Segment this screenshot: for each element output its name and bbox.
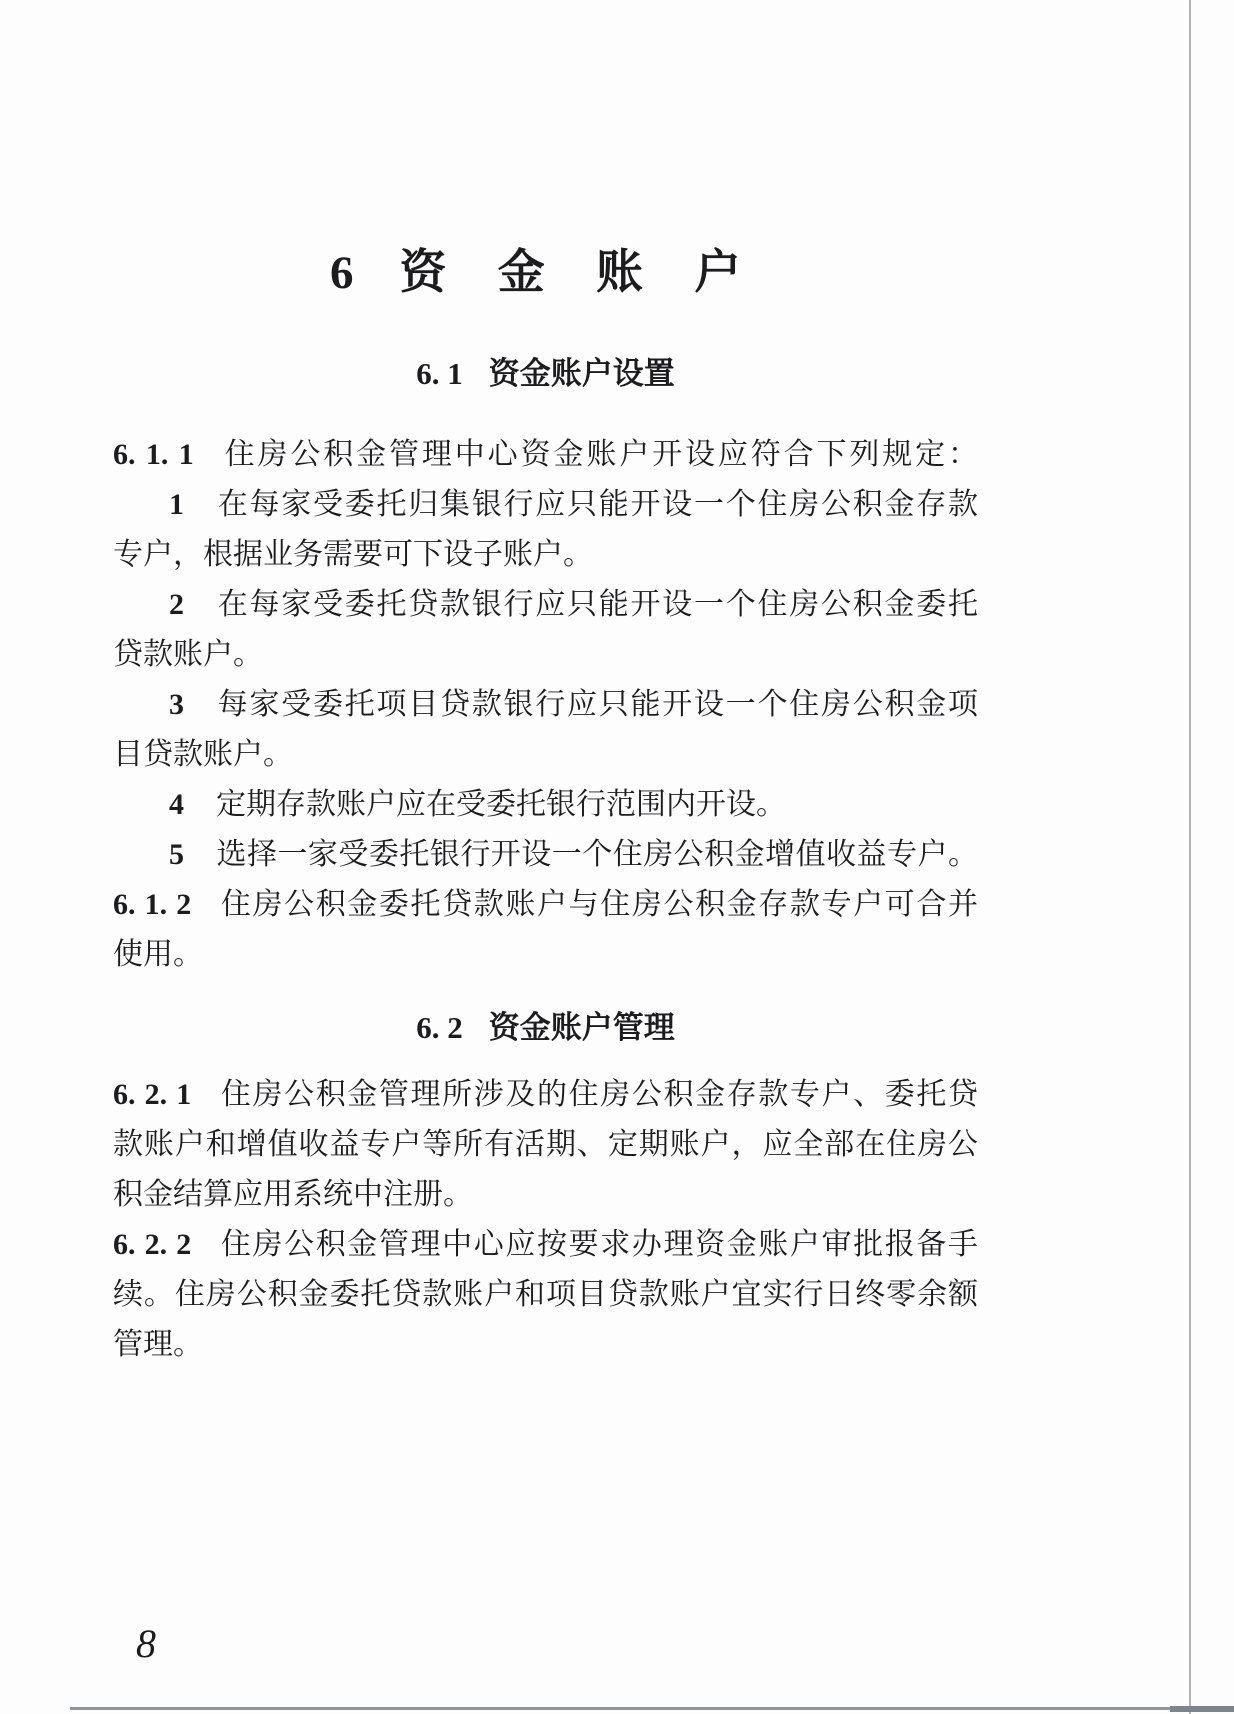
continuation-line: 积金结算应用系统中注册。 [113, 1170, 978, 1220]
line-text: 住房公积金管理中心资金账户开设应符合下列规定： [222, 438, 978, 471]
line-text: 住房公积金管理中心应按要求办理资金账户审批报备手 [219, 1228, 978, 1261]
section-title: 资金账户管理 [489, 1010, 675, 1045]
scan-corner-mark [1170, 1706, 1234, 1712]
line-text: 专户，根据业务需要可下设子账户。 [113, 538, 593, 571]
continuation-line: 款账户和增值收益专户等所有活期、定期账户，应全部在住房公 [113, 1120, 978, 1170]
continuation-line: 使用。 [113, 930, 978, 980]
section-heading-6-2: 6. 2资金账户管理 [113, 1006, 978, 1050]
document-page: 6资 金 账 户 6. 1资金账户设置 6. 1. 1住房公积金管理中心资金账户… [0, 0, 1234, 1714]
section-title: 资金账户设置 [489, 356, 675, 391]
line-text: 选择一家受委托银行开设一个住房公积金增值收益专户。 [216, 838, 978, 871]
section-6-2-body: 6. 2. 1住房公积金管理所涉及的住房公积金存款专户、委托贷 款账户和增值收益… [113, 1070, 978, 1370]
clause-line: 6. 2. 2住房公积金管理中心应按要求办理资金账户审批报备手 [113, 1220, 978, 1270]
line-text: 在每家受委托归集银行应只能开设一个住房公积金存款 [216, 488, 978, 521]
page-number: 8 [136, 1620, 156, 1668]
line-text: 续。住房公积金委托贷款账户和项目贷款账户宜实行日终零余额 [113, 1278, 978, 1311]
chapter-title: 资 金 账 户 [400, 247, 761, 299]
scan-edge-vertical-line [1189, 0, 1191, 1714]
item-number: 5 [169, 838, 184, 871]
item-line: 5选择一家受委托银行开设一个住房公积金增值收益专户。 [113, 830, 978, 880]
item-number: 4 [169, 788, 184, 821]
line-text: 住房公积金管理所涉及的住房公积金存款专户、委托贷 [219, 1078, 978, 1111]
line-text: 管理。 [113, 1328, 203, 1361]
line-text: 每家受委托项目贷款银行应只能开设一个住房公积金项 [216, 688, 978, 721]
scan-edge-bottom-line [70, 1707, 1234, 1710]
line-text: 款账户和增值收益专户等所有活期、定期账户，应全部在住房公 [113, 1128, 978, 1161]
clause-number: 6. 2. 2 [113, 1228, 191, 1261]
continuation-line: 专户，根据业务需要可下设子账户。 [113, 530, 978, 580]
clause-number: 6. 1. 2 [113, 888, 191, 921]
line-text: 在每家受委托贷款银行应只能开设一个住房公积金委托 [216, 588, 978, 621]
section-number: 6. 2 [416, 1010, 463, 1045]
item-line: 2在每家受委托贷款银行应只能开设一个住房公积金委托 [113, 580, 978, 630]
clause-number: 6. 2. 1 [113, 1078, 191, 1111]
clause-line: 6. 1. 2住房公积金委托贷款账户与住房公积金存款专户可合并 [113, 880, 978, 930]
line-text: 贷款账户。 [113, 638, 263, 671]
item-line: 1在每家受委托归集银行应只能开设一个住房公积金存款 [113, 480, 978, 530]
line-text: 定期存款账户应在受委托银行范围内开设。 [216, 788, 786, 821]
line-text: 目贷款账户。 [113, 738, 293, 771]
section-number: 6. 1 [416, 356, 463, 391]
line-text: 使用。 [113, 938, 203, 971]
continuation-line: 目贷款账户。 [113, 730, 978, 780]
chapter-number: 6 [330, 247, 354, 299]
section-heading-6-1: 6. 1资金账户设置 [113, 352, 978, 396]
continuation-line: 管理。 [113, 1320, 978, 1370]
clause-line: 6. 1. 1住房公积金管理中心资金账户开设应符合下列规定： [113, 430, 978, 480]
item-number: 2 [169, 588, 184, 621]
item-line: 4定期存款账户应在受委托银行范围内开设。 [113, 780, 978, 830]
continuation-line: 贷款账户。 [113, 630, 978, 680]
section-6-1-body: 6. 1. 1住房公积金管理中心资金账户开设应符合下列规定： 1在每家受委托归集… [113, 430, 978, 980]
chapter-heading: 6资 金 账 户 [113, 238, 978, 308]
line-text: 积金结算应用系统中注册。 [113, 1178, 473, 1211]
clause-line: 6. 2. 1住房公积金管理所涉及的住房公积金存款专户、委托贷 [113, 1070, 978, 1120]
item-line: 3每家受委托项目贷款银行应只能开设一个住房公积金项 [113, 680, 978, 730]
item-number: 3 [169, 688, 184, 721]
continuation-line: 续。住房公积金委托贷款账户和项目贷款账户宜实行日终零余额 [113, 1270, 978, 1320]
clause-number: 6. 1. 1 [113, 438, 194, 471]
line-text: 住房公积金委托贷款账户与住房公积金存款专户可合并 [219, 888, 978, 921]
item-number: 1 [169, 488, 184, 521]
